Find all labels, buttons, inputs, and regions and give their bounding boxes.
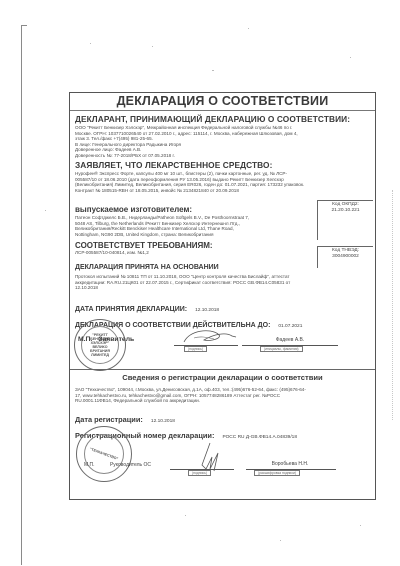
scan-speck	[45, 210, 46, 211]
declares-heading: ЗАЯВЛЯЕТ, ЧТО ЛЕКАРСТВЕННОЕ СРЕДСТВО:	[75, 160, 272, 170]
registration-details: ЗАО "Техкачество", 109044, г.Москва, ул.…	[75, 387, 371, 404]
registrar-role: Руководитель ОС	[110, 462, 151, 468]
acceptance-date-row: ДАТА ПРИНЯТИЯ ДЕКЛАРАЦИИ: 12.10.2018	[75, 306, 219, 313]
declarant-heading: ДЕКЛАРАНТ, ПРИНИМАЮЩИЙ ДЕКЛАРАЦИЮ О СООТ…	[75, 114, 350, 124]
registrar-mp-label: М.П.	[84, 462, 95, 468]
declarant-role: Заявитель	[98, 336, 134, 343]
manufacturer-heading: выпускаемое изготовителем:	[75, 205, 192, 214]
registrar-name-caption: (расшифровка подписи)	[254, 470, 300, 476]
registrar-signature-caption: (подпись)	[188, 470, 211, 476]
acceptance-date-value: 12.10.2018	[195, 308, 219, 313]
page-margin-tick	[21, 25, 27, 26]
registration-date-label: Дата регистрации:	[75, 415, 143, 424]
registration-number-value: РОСС RU Д-GB.ФВ14.А.04839/18	[222, 435, 297, 440]
declarant-signature-caption: (подпись)	[184, 346, 207, 352]
scan-speck	[185, 515, 186, 516]
page-margin-line	[21, 25, 22, 565]
declarant-mp-row: М.П. Заявитель	[78, 336, 134, 343]
okpd2-code-box: Код ОКПД2: 21.20.10.221	[317, 200, 373, 240]
manufacturer-details: Патеон Софтджелс Б.В., Нидерланды/Patheo…	[75, 215, 300, 237]
title-divider	[70, 110, 375, 111]
tnved-code-box: Код ТНВЭД: 3004900002	[317, 246, 373, 268]
basis-line: 12.10.2018	[75, 285, 365, 291]
declarant-stamp: "РЕКИТТ БЕНКИЗЕР ХЭЛСКЭР" ВЕЛИКО БРИТАНИ…	[74, 319, 126, 371]
registrar-stamp: "ТЕХКАЧЕСТВО"	[76, 426, 132, 482]
registration-date-row: Дата регистрации: 12.10.2018	[75, 415, 175, 424]
scan-speck	[90, 43, 91, 44]
scan-speck	[152, 46, 153, 47]
registrar-mp-row: М.П. Руководитель ОС	[84, 462, 151, 468]
declarant-line: Доверенность №: 77-2018/РБХ от 07.05.201…	[75, 153, 365, 159]
scan-speck	[280, 540, 281, 541]
okpd2-value: 21.20.10.221	[318, 208, 373, 214]
tnved-value: 3004900002	[318, 254, 373, 260]
valid-until-value: 01.07.2021	[278, 324, 302, 329]
scan-speck	[248, 28, 249, 29]
product-details: Нурофен® Экспресс Форте, капсулы 400 мг …	[75, 171, 365, 193]
manufacturer-line: Nottingham, NG90 2DB, United Kingdom, ст…	[75, 232, 300, 238]
product-line: Контракт № 180515-RBH от 18.05.2015, инв…	[75, 188, 365, 194]
scan-speck	[360, 525, 361, 526]
basis-heading: ДЕКЛАРАЦИЯ ПРИНЯТА НА ОСНОВАНИИ	[75, 264, 219, 271]
declarant-name-caption: (инициалы, фамилия)	[260, 346, 303, 352]
registration-heading: Сведения о регистрации декларации о соот…	[70, 373, 375, 382]
basis-details: Протокол испытаний № 10811 ТП от 11.10.2…	[75, 274, 365, 291]
declarant-details: ООО "Рекитт Бенкизер Хэлскэр", Межрайонн…	[75, 125, 365, 159]
scan-speck	[350, 57, 351, 58]
page-edge-dots	[392, 190, 394, 420]
registration-divider	[70, 369, 375, 370]
document-title: ДЕКЛАРАЦИЯ О СООТВЕТСТВИИ	[70, 94, 375, 108]
stamp-line: ЛИМИТЕД	[90, 353, 110, 357]
acceptance-date-label: ДАТА ПРИНЯТИЯ ДЕКЛАРАЦИИ:	[75, 306, 187, 313]
declarant-mp-label: М.П.	[78, 336, 92, 343]
registration-line: RU.0001.11ФВ14, Федеральной службой по а…	[75, 398, 371, 404]
registrar-signatory-name: Воробьева Н.Н.	[250, 461, 330, 467]
scan-speck	[212, 70, 214, 71]
declaration-document: ДЕКЛАРАЦИЯ О СООТВЕТСТВИИ ДЕКЛАРАНТ, ПРИ…	[69, 92, 376, 500]
requirements-heading: СООТВЕТСТВУЕТ ТРЕБОВАНИЯМ:	[75, 241, 213, 250]
declarant-signatory-name: Фадеев А.В.	[250, 337, 330, 343]
registration-date-value: 12.10.2018	[151, 419, 175, 424]
